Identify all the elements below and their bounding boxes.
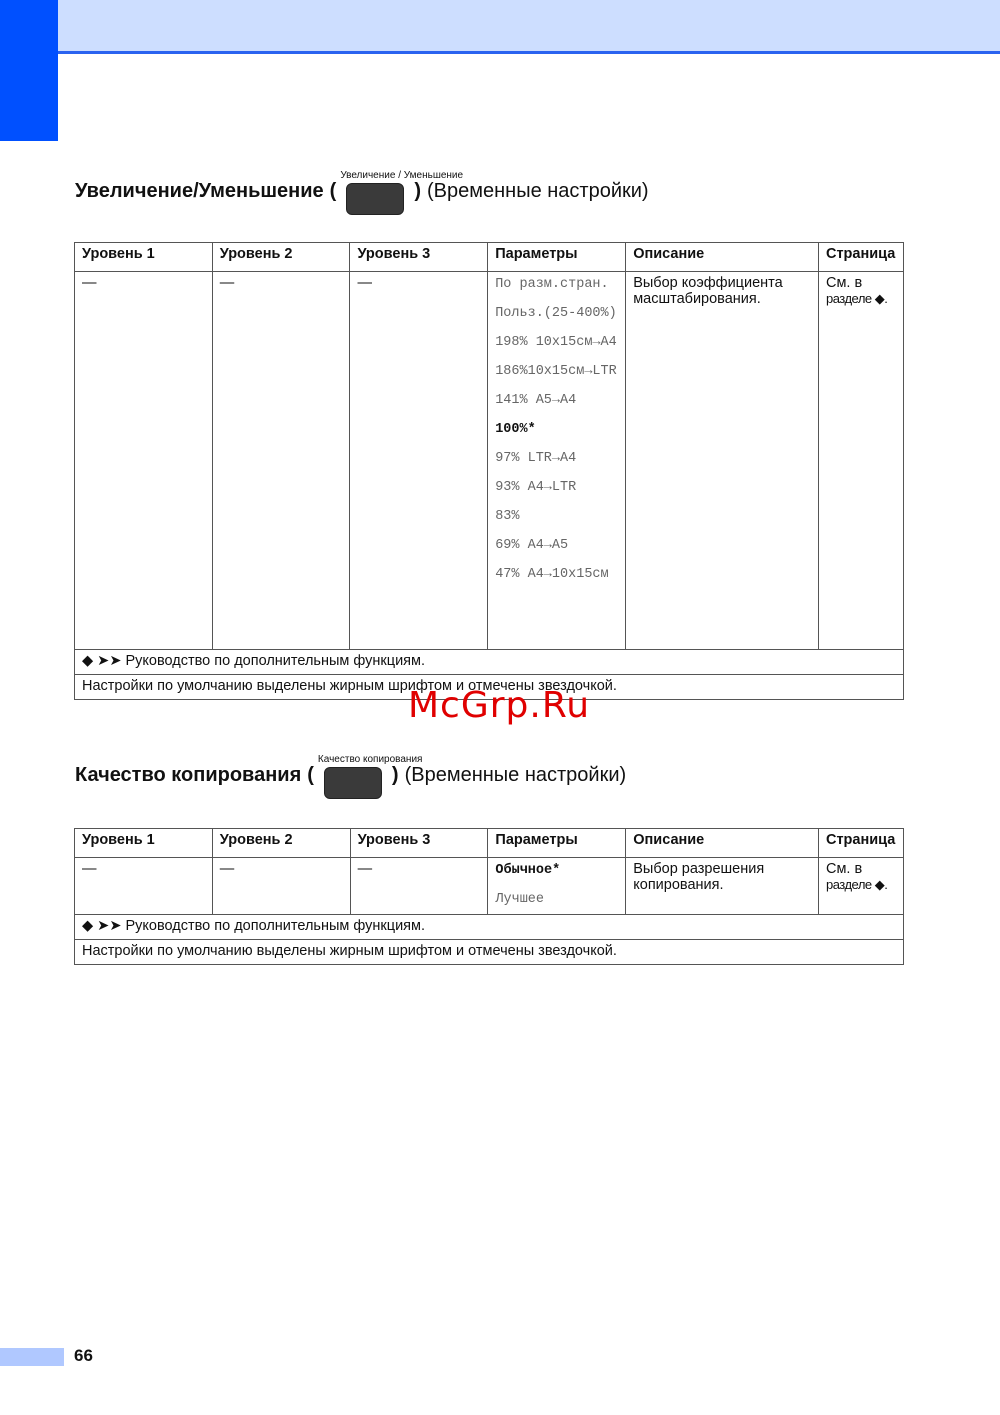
table-header-row: Уровень 1 Уровень 2 Уровень 3 Параметры …	[75, 243, 904, 272]
copy-quality-settings-table: Уровень 1 Уровень 2 Уровень 3 Параметры …	[74, 828, 904, 965]
note-row-reference: ◆ ➤➤ Руководство по дополнительным функц…	[75, 650, 904, 675]
option-fit-to-page: По разм.стран.	[495, 275, 618, 294]
cell-page-ref: См. в разделе ◆.	[818, 272, 903, 650]
enlarge-reduce-key-icon: Увеличение / Уменьшение	[340, 170, 410, 215]
header-options: Параметры	[488, 829, 626, 858]
cell-level-3: —	[350, 272, 488, 650]
option-97: 97% LTR→A4	[495, 449, 618, 468]
note-reference: ◆ ➤➤ Руководство по дополнительным функц…	[75, 915, 904, 940]
header-level-3: Уровень 3	[350, 829, 488, 858]
cell-description: Выбор разрешения копирования.	[626, 858, 819, 915]
header-level-3: Уровень 3	[350, 243, 488, 272]
header-level-2: Уровень 2	[212, 243, 350, 272]
zoom-settings-table: Уровень 1 Уровень 2 Уровень 3 Параметры …	[74, 242, 904, 700]
page-number-strip	[0, 1348, 64, 1366]
cell-level-1: —	[75, 272, 213, 650]
cell-options: Обычное* Лучшее	[488, 858, 626, 915]
header-description: Описание	[626, 829, 819, 858]
copy-quality-key-icon: Качество копирования	[318, 754, 388, 799]
option-best: Лучшее	[495, 890, 618, 909]
note-defaults: Настройки по умолчанию выделены жирным ш…	[75, 940, 904, 965]
cell-level-3: —	[350, 858, 488, 915]
section-title-text: Качество копирования	[75, 764, 301, 787]
header-page: Страница	[818, 243, 903, 272]
cell-options: По разм.стран. Польз.(25-400%) 198% 10x1…	[488, 272, 626, 650]
key-cap	[346, 183, 404, 215]
cell-level-1: —	[75, 858, 213, 915]
option-83: 83%	[495, 507, 618, 526]
section-title-suffix: (Временные настройки)	[405, 764, 627, 787]
watermark: McGrp.Ru	[408, 685, 590, 726]
header-description: Описание	[626, 243, 819, 272]
header-band	[58, 0, 1000, 54]
page-number: 66	[74, 1346, 93, 1366]
page-ref-line2: разделе ◆.	[826, 291, 896, 307]
key-cap	[324, 767, 382, 799]
chapter-tab-marker	[0, 0, 58, 141]
option-141: 141% A5→A4	[495, 391, 618, 410]
option-186: 186%10x15см→LTR	[495, 362, 618, 381]
open-paren: (	[330, 180, 337, 203]
header-level-1: Уровень 1	[75, 243, 213, 272]
cell-level-2: —	[212, 272, 350, 650]
section-title-suffix: (Временные настройки)	[427, 180, 649, 203]
header-level-1: Уровень 1	[75, 829, 213, 858]
cell-description: Выбор коэффициента масштабирования.	[626, 272, 819, 650]
header-options: Параметры	[488, 243, 626, 272]
table-header-row: Уровень 1 Уровень 2 Уровень 3 Параметры …	[75, 829, 904, 858]
open-paren: (	[307, 764, 314, 787]
page-ref-line2: разделе ◆.	[826, 877, 896, 893]
close-paren: )	[392, 764, 399, 787]
cell-page-ref: См. в разделе ◆.	[818, 858, 903, 915]
option-93: 93% A4→LTR	[495, 478, 618, 497]
header-level-2: Уровень 2	[212, 829, 350, 858]
note-row-defaults: Настройки по умолчанию выделены жирным ш…	[75, 940, 904, 965]
note-reference: ◆ ➤➤ Руководство по дополнительным функц…	[75, 650, 904, 675]
note-row-reference: ◆ ➤➤ Руководство по дополнительным функц…	[75, 915, 904, 940]
page-ref-line1: См. в	[826, 275, 896, 291]
table-row: — — — Обычное* Лучшее Выбор разрешения к…	[75, 858, 904, 915]
cell-level-2: —	[212, 858, 350, 915]
close-paren: )	[414, 180, 421, 203]
option-custom: Польз.(25-400%)	[495, 304, 618, 323]
header-page: Страница	[818, 829, 903, 858]
option-normal-default: Обычное*	[495, 861, 618, 880]
option-100-default: 100%*	[495, 420, 618, 439]
option-198: 198% 10x15см→A4	[495, 333, 618, 352]
section-title-zoom: Увеличение/Уменьшение ( Увеличение / Уме…	[75, 158, 649, 203]
option-69: 69% A4→A5	[495, 536, 618, 555]
table-row: — — — По разм.стран. Польз.(25-400%) 198…	[75, 272, 904, 650]
key-label: Увеличение / Уменьшение	[340, 170, 410, 182]
option-47: 47% A4→10x15см	[495, 565, 618, 584]
section-title-text: Увеличение/Уменьшение	[75, 180, 324, 203]
page-ref-line1: См. в	[826, 861, 896, 877]
section-title-copy-quality: Качество копирования ( Качество копирова…	[75, 742, 626, 787]
key-label: Качество копирования	[318, 754, 388, 766]
